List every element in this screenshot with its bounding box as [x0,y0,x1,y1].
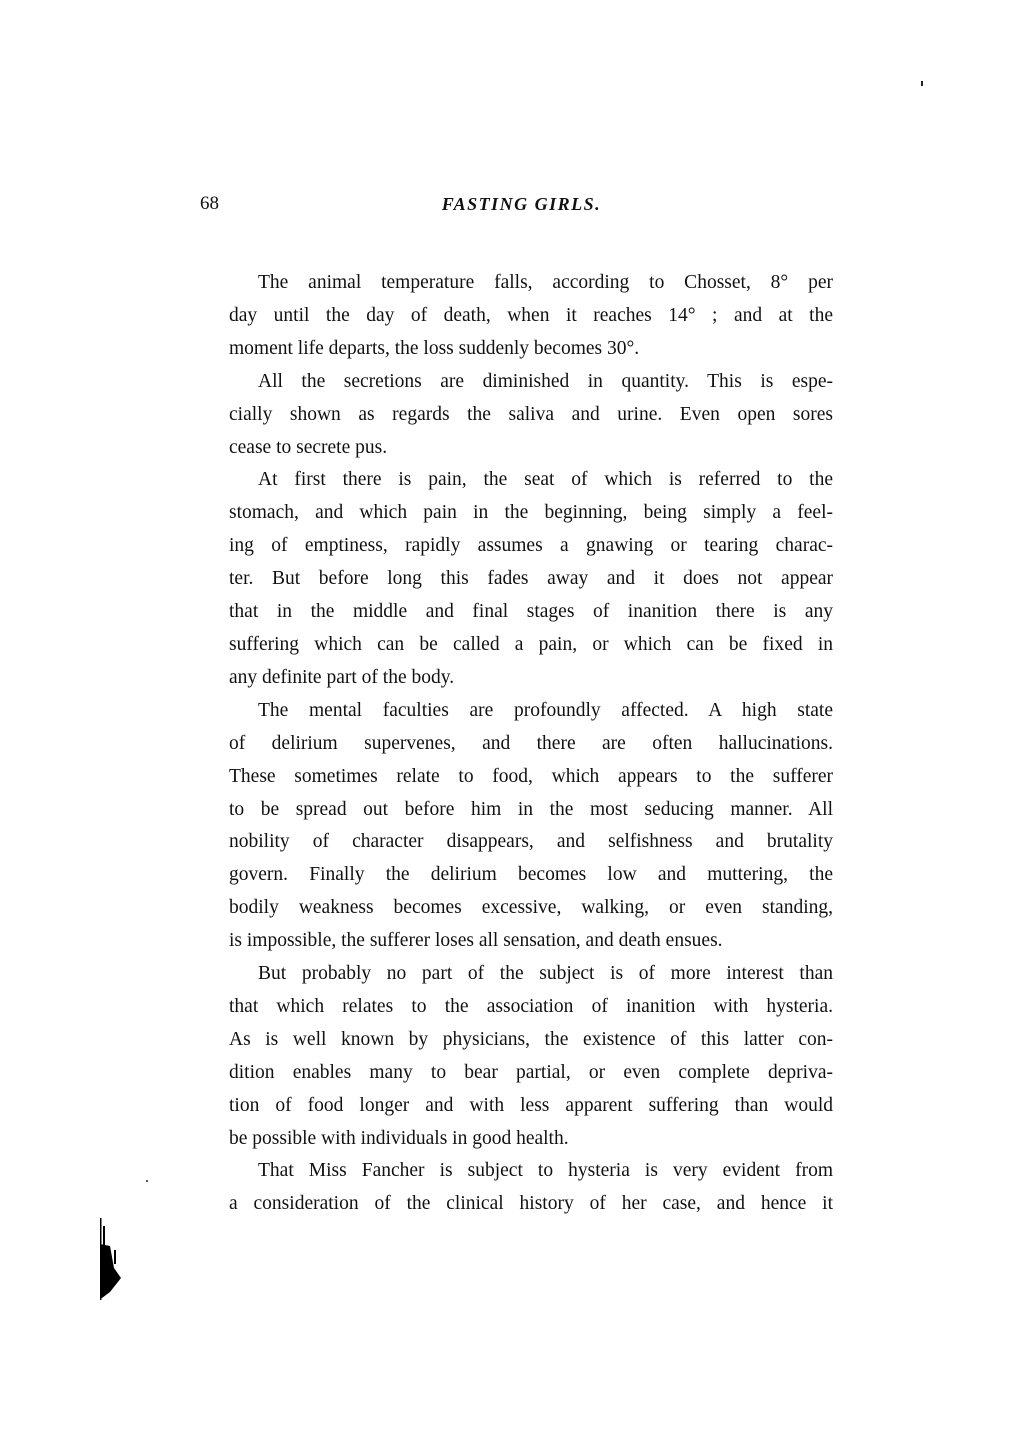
paragraph: All the secretions are diminished in qua… [200,366,833,465]
text-line: ter. But before long this fades away and… [200,563,833,596]
text-line: But probably no part of the subject is o… [200,958,833,991]
text-line: That Miss Fancher is subject to hysteria… [200,1155,833,1188]
paragraph: The mental faculties are profoundly affe… [200,695,833,958]
text-line: The mental faculties are profoundly affe… [200,695,833,728]
text-line: that which relates to the association of… [200,991,833,1024]
running-head: FASTING GIRLS. [200,190,833,218]
text-line: All the secretions are diminished in qua… [200,366,833,399]
text-line: govern. Finally the delirium becomes low… [200,859,833,892]
text-line: is impossible, the sufferer loses all se… [200,925,833,958]
paragraph: At first there is pain, the seat of whic… [200,464,833,694]
text-line: day until the day of death, when it reac… [200,300,833,333]
text-line: be possible with individuals in good hea… [200,1123,833,1156]
book-page: 68 FASTING GIRLS. The animal temperature… [0,0,1025,1429]
text-line: to be spread out before him in the most … [200,794,833,827]
text-line: The animal temperature falls, according … [200,267,833,300]
paragraph: The animal temperature falls, according … [200,267,833,366]
body-text: The animal temperature falls, according … [200,267,833,1221]
text-line: moment life departs, the loss suddenly b… [200,333,833,366]
scan-speck [146,1180,148,1182]
text-line: ing of emptiness, rapidly assumes a gnaw… [200,530,833,563]
text-line: tion of food longer and with less appare… [200,1090,833,1123]
text-line: These sometimes relate to food, which ap… [200,761,833,794]
text-line: any definite part of the body. [200,662,833,695]
text-line: cially shown as regards the saliva and u… [200,399,833,432]
scan-speck [921,81,923,86]
text-line: nobility of character disappears, and se… [200,826,833,859]
text-line: suffering which can be called a pain, or… [200,629,833,662]
text-line: a consideration of the clinical history … [200,1188,833,1221]
text-line: dition enables many to bear partial, or … [200,1057,833,1090]
scan-artifact [98,1218,138,1300]
text-line: stomach, and which pain in the beginning… [200,497,833,530]
page-header: 68 FASTING GIRLS. [200,190,833,220]
text-line: that in the middle and final stages of i… [200,596,833,629]
text-line: bodily weakness becomes excessive, walki… [200,892,833,925]
text-line: At first there is pain, the seat of whic… [200,464,833,497]
paragraph: That Miss Fancher is subject to hysteria… [200,1155,833,1221]
text-line: cease to secrete pus. [200,432,833,465]
text-line: of delirium supervenes, and there are of… [200,728,833,761]
paragraph: But probably no part of the subject is o… [200,958,833,1155]
text-line: As is well known by physicians, the exis… [200,1024,833,1057]
